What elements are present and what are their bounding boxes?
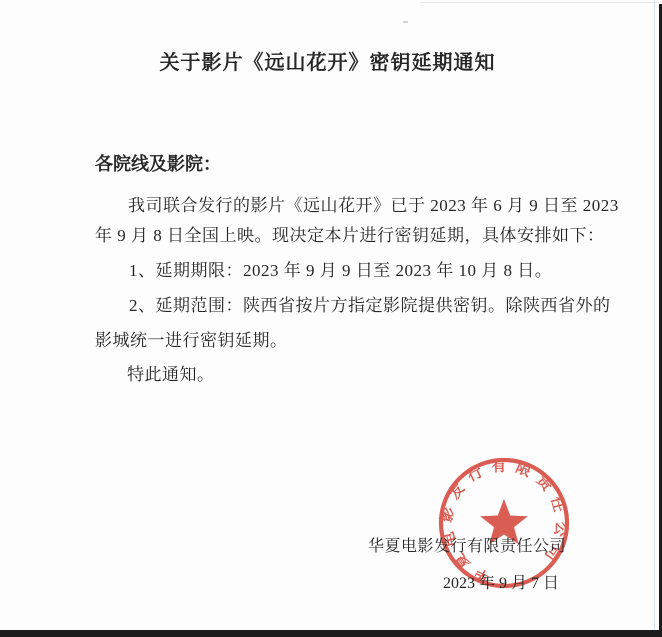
body-line-item-1: 1、延期期限：2023 年 9 月 9 日至 2023 年 10 月 8 日。 bbox=[129, 256, 552, 281]
body-line: 年 9 月 8 日全国上映。现决定本片进行密钥延期，具体安排如下： bbox=[95, 221, 605, 246]
signature-date: 2023 年 9 月 7 日 bbox=[443, 570, 559, 593]
notice-title: 关于影片《远山花开》密钥延期通知 bbox=[0, 46, 655, 75]
signature-company: 华夏电影发行有限责任公司 bbox=[368, 533, 566, 556]
scan-artifact-top-line bbox=[420, 2, 660, 3]
salutation-line: 各院线及影院： bbox=[95, 150, 221, 176]
scan-artifact-speck bbox=[403, 21, 408, 23]
body-line: 影城统一进行密钥延期。 bbox=[95, 326, 288, 351]
scanned-notice-document: 关于影片《远山花开》密钥延期通知 各院线及影院： 我司联合发行的影片《远山花开》… bbox=[0, 0, 662, 637]
closing-line: 特此通知。 bbox=[127, 360, 215, 385]
body-line-item-2: 2、延期范围：陕西省按片方指定影院提供密钥。除陕西省外的 bbox=[129, 291, 611, 316]
scan-artifact-right-light-line bbox=[654, 0, 655, 631]
body-line: 我司联合发行的影片《远山花开》已于 2023 年 6 月 9 日至 2023 bbox=[128, 191, 619, 216]
scan-artifact-bottom-dark-edge bbox=[0, 630, 662, 637]
